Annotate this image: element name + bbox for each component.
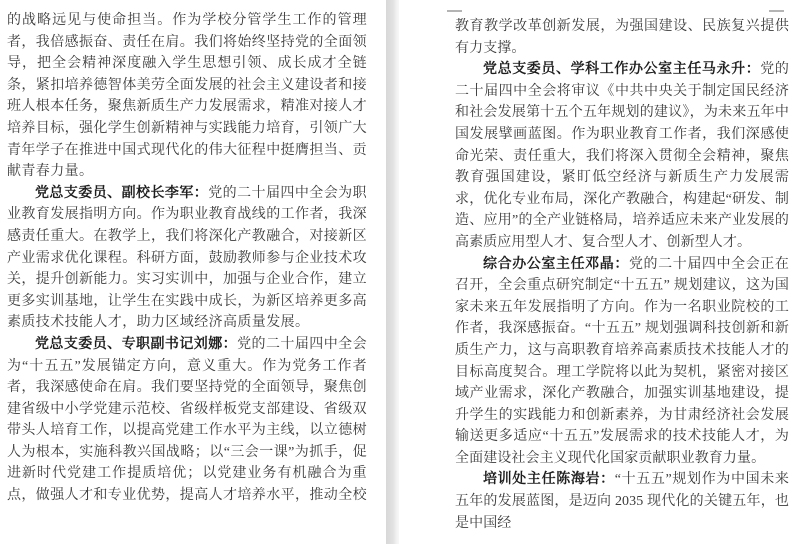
page-left-text-content: 的战略远见与使命担当。作为学校分管学生工作的管理者，我倍感振奋、责任在肩。我们将… [7,10,367,507]
margin-mark-right [769,10,784,12]
paragraph: 党总支委员、副校长李军：党的二十届四中全会为职业教育发展指明方向。作为职业教育战… [7,183,367,334]
page-right-text-content: 教育教学改革创新发展，为强国建设、民族复兴提供有力支撑。党总支委员、学科工作办公… [455,16,789,534]
paragraph: 党总支委员、学科工作办公室主任马永升：党的二十届四中全会将审议《中共中央关于制定… [455,59,789,253]
paragraph-text: 的战略远见与使命担当。作为学校分管学生工作的管理者，我倍感振奋、责任在肩。我们将… [7,13,367,179]
speaker-name: 培训处主任陈海岩： [483,472,615,487]
paragraph: 党总支委员、专职副书记刘娜：党的二十届四中全会为“十五五”发展锚定方向，意义重大… [7,334,367,507]
paragraph-text: 党的二十届四中全会为“十五五”发展锚定方向，意义重大。作为党务工作者者，我深感使… [7,337,367,503]
speaker-name: 党总支委员、学科工作办公室主任马永升： [483,62,760,77]
margin-mark-left [447,10,462,12]
paragraph: 培训处主任陈海岩：“十五五”规划作为中国未来五年的发展蓝图，是迈向 2035 现… [455,469,789,534]
paragraph-text: 党的二十届四中全会将审议《中共中央关于制定国民经济和社会发展第十五个五年规划的建… [455,62,789,250]
paragraph: 综合办公室主任邓晶：党的二十届四中全会正在召开，全会重点研究制定“十五五” 规划… [455,254,789,470]
page-gap-divider [386,0,399,544]
paragraph-text: 党的二十届四中全会为职业教育发展指明方向。作为职业教育战线的工作者，我深感责任重… [7,186,367,331]
speaker-name: 党总支委员、专职副书记刘娜： [35,337,237,352]
paragraph: 的战略远见与使命担当。作为学校分管学生工作的管理者，我倍感振奋、责任在肩。我们将… [7,10,367,183]
document-page-right[interactable]: 教育教学改革创新发展，为强国建设、民族复兴提供有力支撑。党总支委员、学科工作办公… [399,0,798,544]
speaker-name: 党总支委员、副校长李军： [35,186,208,201]
document-page-left[interactable]: 的战略远见与使命担当。作为学校分管学生工作的管理者，我倍感振奋、责任在肩。我们将… [0,0,386,544]
paragraph-text: 教育教学改革创新发展，为强国建设、民族复兴提供有力支撑。 [455,19,789,56]
paragraph: 教育教学改革创新发展，为强国建设、民族复兴提供有力支撑。 [455,16,789,59]
speaker-name: 综合办公室主任邓晶： [483,257,629,272]
document-view: 的战略远见与使命担当。作为学校分管学生工作的管理者，我倍感振奋、责任在肩。我们将… [0,0,798,544]
paragraph-text: 党的二十届四中全会正在召开，全会重点研究制定“十五五” 规划建议，这为国家未来五… [455,257,789,466]
